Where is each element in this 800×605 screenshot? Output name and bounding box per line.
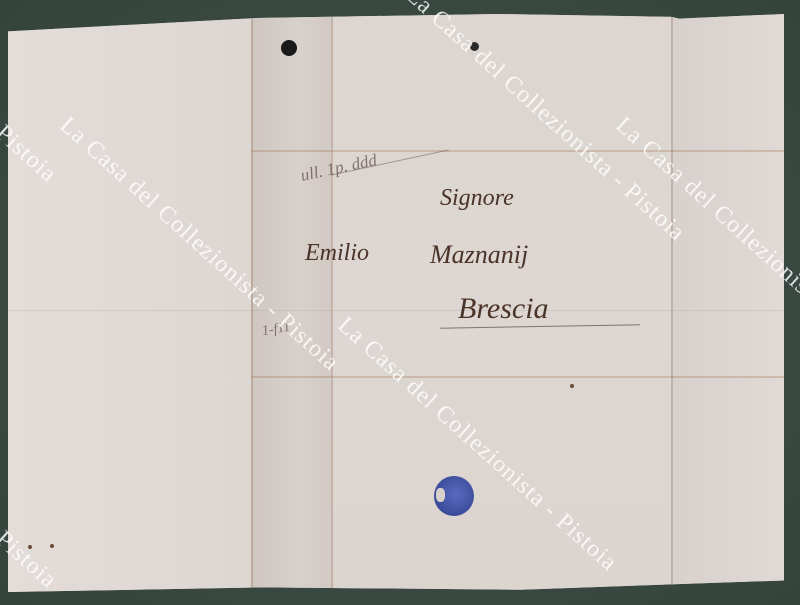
destination-city: Brescia bbox=[458, 292, 549, 326]
salutation: Signore bbox=[440, 185, 514, 212]
recipient-surname: Maznanij bbox=[430, 240, 528, 270]
fold-line bbox=[251, 376, 784, 378]
fold-line bbox=[331, 14, 333, 592]
blue-wax-seal bbox=[434, 476, 474, 516]
recipient-first-name: Emilio bbox=[305, 240, 369, 267]
fold-line bbox=[8, 310, 784, 311]
fold-line bbox=[671, 14, 673, 592]
punch-hole bbox=[281, 40, 297, 56]
left-panel bbox=[8, 14, 251, 592]
right-panel bbox=[671, 14, 784, 592]
ink-spot bbox=[570, 384, 574, 388]
foxing-spot bbox=[50, 544, 54, 548]
fold-line bbox=[251, 150, 784, 152]
letter-sheet bbox=[8, 14, 784, 592]
